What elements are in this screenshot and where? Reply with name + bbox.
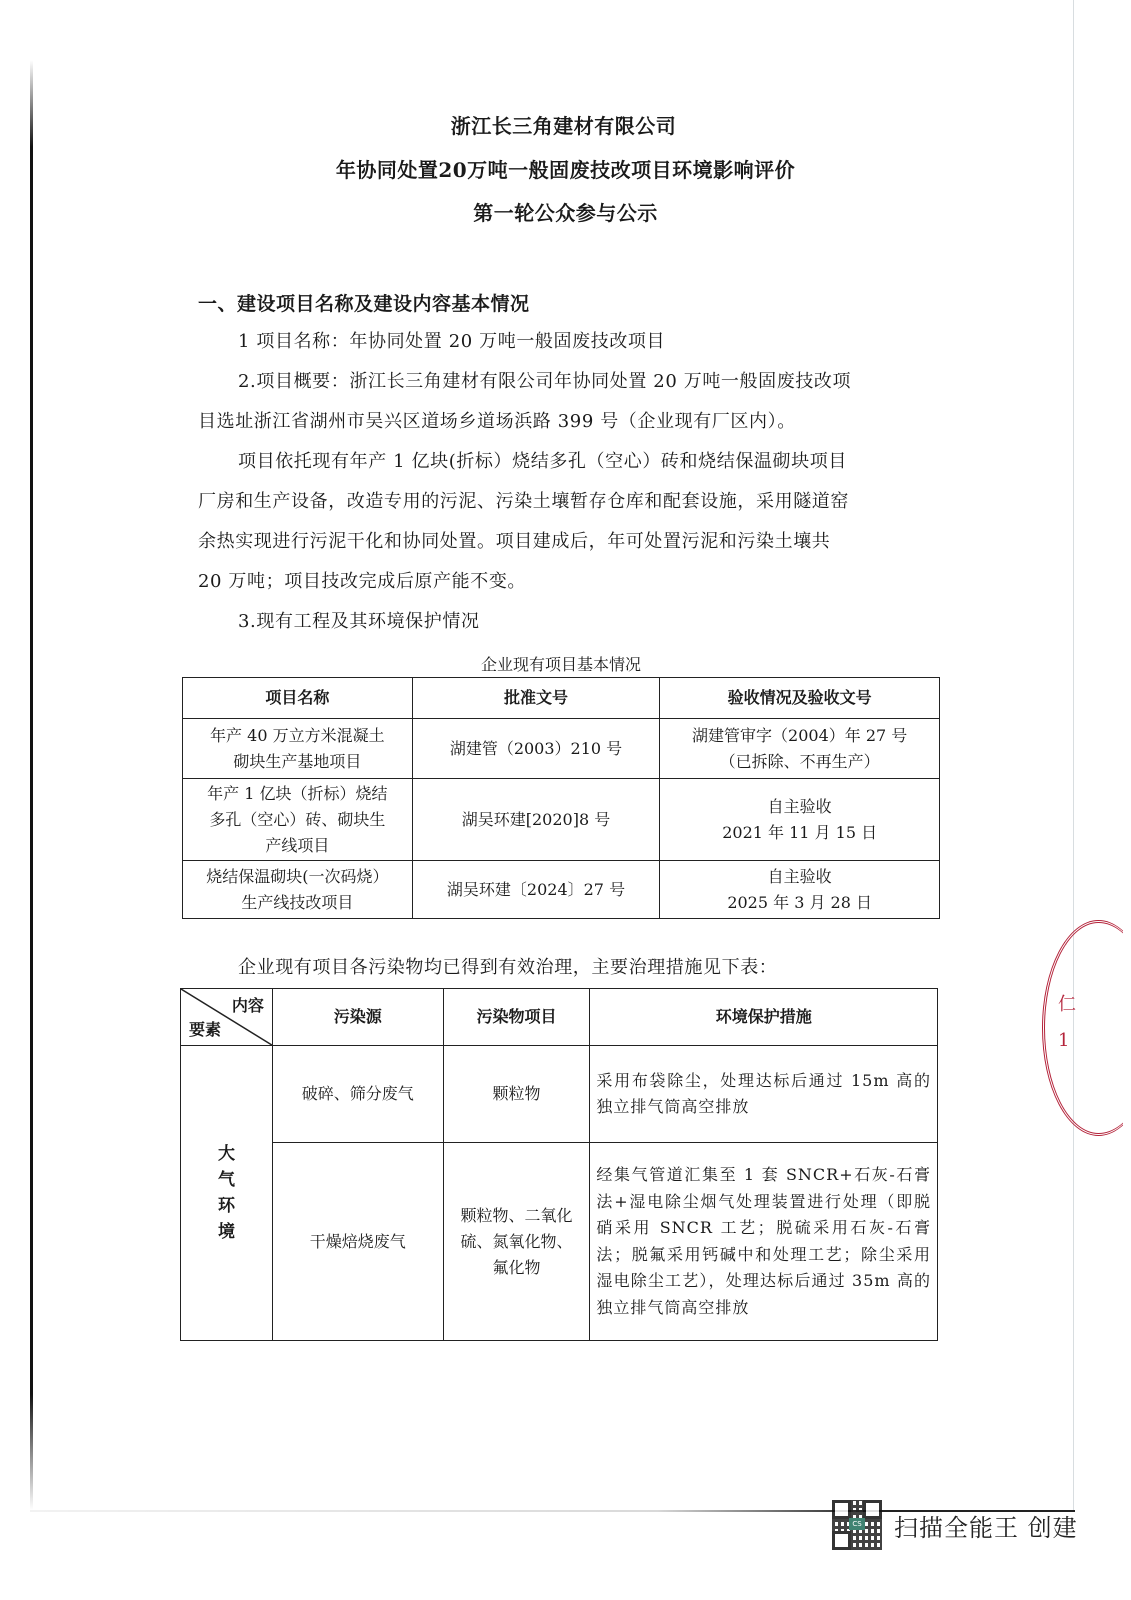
cell-measure: 经集气管道汇集至 1 套 SNCR+石灰-石膏法+湿电除尘烟气处理装置进行处理（… bbox=[590, 1143, 938, 1341]
title-company: 浙江长三角建材有限公司 bbox=[0, 116, 1131, 136]
cell-source: 干燥焙烧废气 bbox=[272, 1143, 443, 1341]
cell-measure: 采用布袋除尘，处理达标后通过 15m 高的独立排气筒高空排放 bbox=[590, 1046, 938, 1143]
table-row: 大 气 环 境 破碎、筛分废气 颗粒物 采用布袋除尘，处理达标后通过 15m 高… bbox=[181, 1046, 938, 1143]
cell-source: 破碎、筛分废气 bbox=[272, 1046, 443, 1143]
cell-project-name: 年产 1 亿块（折标）烧结 多孔（空心）砖、砌块生 产线项目 bbox=[183, 779, 413, 861]
qr-code-icon: CS bbox=[832, 1500, 882, 1550]
table2-intro: 企业现有项目各污染物均已得到有效治理，主要治理措施见下表： bbox=[198, 948, 943, 988]
stamp-char: 仁 bbox=[1058, 990, 1076, 1016]
cell-approval-no: 湖建管（2003）210 号 bbox=[412, 719, 660, 779]
project-info: 1 项目名称：年协同处置 20 万吨一般固废技改项目 2.项目概要：浙江长三角建… bbox=[198, 322, 943, 642]
table-row: 干燥焙烧废气 颗粒物、二氧化 硫、氮氧化物、 氟化物 经集气管道汇集至 1 套 … bbox=[181, 1143, 938, 1341]
header-source: 污染源 bbox=[272, 989, 443, 1046]
cell-acceptance: 湖建管审字（2004）年 27 号 （已拆除、不再生产） bbox=[660, 719, 940, 779]
item-project-name: 1 项目名称：年协同处置 20 万吨一般固废技改项目 bbox=[198, 322, 943, 362]
item-overview-line1: 2.项目概要：浙江长三角建材有限公司年协同处置 20 万吨一般固废技改项 bbox=[198, 362, 943, 402]
table1-caption: 企业现有项目基本情况 bbox=[182, 652, 940, 675]
header-element-label: 要素 bbox=[189, 1017, 221, 1043]
cell-acceptance: 自主验收 2021 年 11 月 15 日 bbox=[660, 779, 940, 861]
watermark-text: 扫描全能王 创建 bbox=[894, 1508, 1078, 1543]
scan-edge-left bbox=[30, 60, 33, 1510]
title-project: 年协同处置20万吨一般固废技改项目环境影响评价 bbox=[0, 160, 1131, 180]
category-air-environment: 大 气 环 境 bbox=[181, 1046, 273, 1341]
table-row: 烧结保温砌块(一次码烧） 生产线技改项目 湖吴环建〔2024〕27 号 自主验收… bbox=[183, 861, 940, 919]
para2-line1: 项目依托现有年产 1 亿块(折标）烧结多孔（空心）砖和烧结保温砌块项目 bbox=[198, 442, 943, 482]
cell-pollutant: 颗粒物、二氧化 硫、氮氧化物、 氟化物 bbox=[443, 1143, 590, 1341]
header-content-label: 内容 bbox=[232, 993, 264, 1019]
header-diagonal-cell: 内容 要素 bbox=[181, 989, 273, 1046]
para2-line2: 厂房和生产设备，改造专用的污泥、污染土壤暂存仓库和配套设施，采用隧道窑 bbox=[198, 482, 943, 522]
cell-acceptance: 自主验收 2025 年 3 月 28 日 bbox=[660, 861, 940, 919]
header-measures: 环境保护措施 bbox=[590, 989, 938, 1046]
red-seal-stamp bbox=[1042, 920, 1131, 1136]
cell-project-name: 烧结保温砌块(一次码烧） 生产线技改项目 bbox=[183, 861, 413, 919]
cell-approval-no: 湖吴环建[2020]8 号 bbox=[412, 779, 660, 861]
title-notice: 第一轮公众参与公示 bbox=[0, 203, 1131, 223]
pollution-control-table: 内容 要素 污染源 污染物项目 环境保护措施 大 气 环 境 破碎、筛分废气 颗… bbox=[180, 988, 938, 1341]
cell-approval-no: 湖吴环建〔2024〕27 号 bbox=[412, 861, 660, 919]
table-row: 年产 1 亿块（折标）烧结 多孔（空心）砖、砌块生 产线项目 湖吴环建[2020… bbox=[183, 779, 940, 861]
item-overview-line2: 目选址浙江省湖州市吴兴区道场乡道场浜路 399 号（企业现有厂区内）。 bbox=[198, 402, 943, 442]
cell-project-name: 年产 40 万立方米混凝土 砌块生产基地项目 bbox=[183, 719, 413, 779]
section-heading: 一、建设项目名称及建设内容基本情况 bbox=[198, 289, 530, 316]
scanner-watermark: CS 扫描全能王 创建 bbox=[832, 1500, 1078, 1550]
header-project-name: 项目名称 bbox=[183, 678, 413, 719]
para2-line4: 20 万吨；项目技改完成后原产能不变。 bbox=[198, 562, 943, 602]
cs-logo-icon: CS bbox=[849, 1518, 865, 1530]
item-existing-works: 3.现有工程及其环境保护情况 bbox=[198, 602, 943, 642]
cell-pollutant: 颗粒物 bbox=[443, 1046, 590, 1143]
document-title: 浙江长三角建材有限公司 年协同处置20万吨一般固废技改项目环境影响评价 第一轮公… bbox=[0, 116, 1131, 247]
para2-line3: 余热实现进行污泥干化和协同处置。项目建成后，年可处置污泥和污染土壤共 bbox=[198, 522, 943, 562]
header-acceptance: 验收情况及验收文号 bbox=[660, 678, 940, 719]
existing-projects-table: 项目名称 批准文号 验收情况及验收文号 年产 40 万立方米混凝土 砌块生产基地… bbox=[182, 677, 940, 919]
header-pollutant: 污染物项目 bbox=[443, 989, 590, 1046]
table-header-row: 项目名称 批准文号 验收情况及验收文号 bbox=[183, 678, 940, 719]
stamp-char: 1 bbox=[1058, 1030, 1069, 1051]
table-row: 年产 40 万立方米混凝土 砌块生产基地项目 湖建管（2003）210 号 湖建… bbox=[183, 719, 940, 779]
table-header-row: 内容 要素 污染源 污染物项目 环境保护措施 bbox=[181, 989, 938, 1046]
header-approval-no: 批准文号 bbox=[412, 678, 660, 719]
